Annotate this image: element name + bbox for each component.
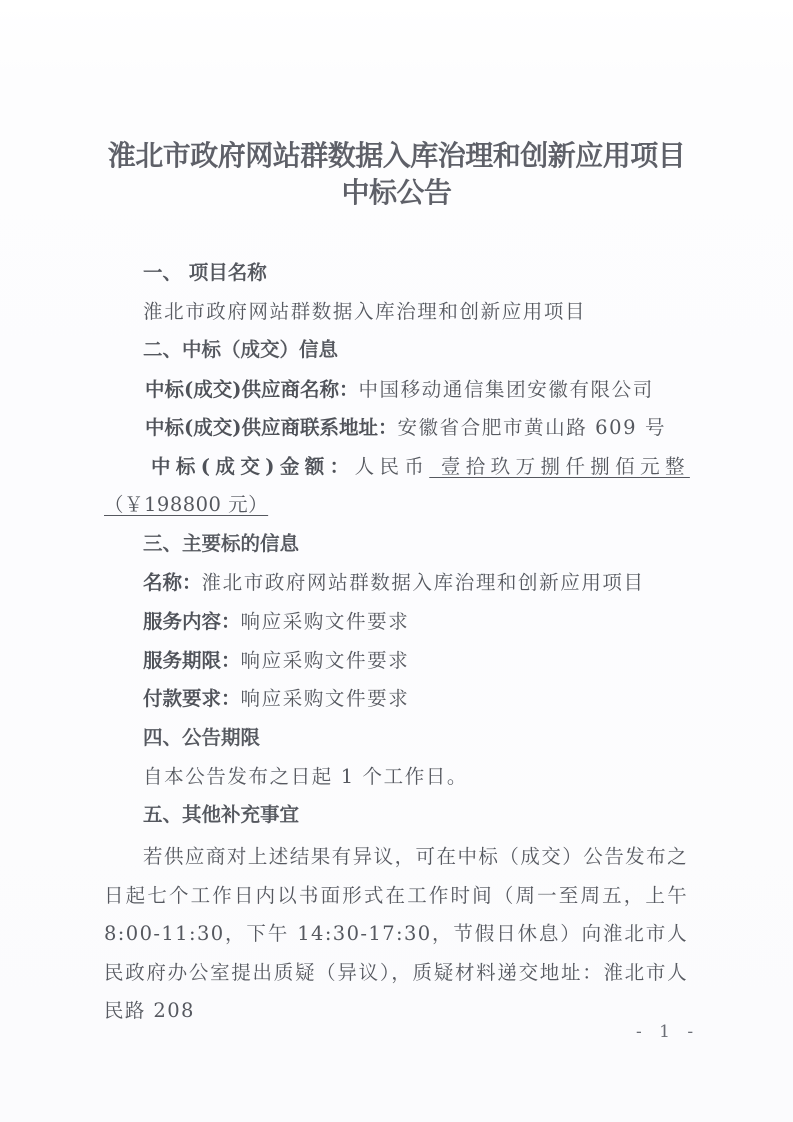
award-amount-figure: （￥198800 元） <box>104 491 268 519</box>
service-content-value: 响应采购文件要求 <box>241 610 410 633</box>
document-page: 淮北市政府网站群数据入库治理和创新应用项目 中标公告 一、 项目名称 淮北市政府… <box>0 0 793 1122</box>
page-number: - 1 - <box>636 1022 699 1042</box>
subject-name-row: 名称：淮北市政府网站群数据入库治理和创新应用项目 <box>143 569 645 597</box>
section-heading-notice-period: 四、公告期限 <box>143 724 260 752</box>
award-amount-row: 中标(成交)金额：人民币 壹拾玖万捌仟捌佰元整 <box>151 453 690 481</box>
document-title-line1: 淮北市政府网站群数据入库治理和创新应用项目 <box>0 136 793 176</box>
service-content-row: 服务内容：响应采购文件要求 <box>143 608 409 636</box>
service-period-value: 响应采购文件要求 <box>241 649 410 672</box>
notice-period-text: 自本公告发布之日起 1 个工作日。 <box>143 763 468 791</box>
section-heading-project-name: 一、 项目名称 <box>143 259 267 287</box>
section-heading-subject-info: 三、主要标的信息 <box>143 530 299 558</box>
supplier-address-label: 中标(成交)供应商联系地址： <box>145 416 397 439</box>
project-name-text: 淮北市政府网站群数据入库治理和创新应用项目 <box>143 298 586 326</box>
supplier-name-value: 中国移动通信集团安徽有限公司 <box>358 378 653 401</box>
payment-terms-label: 付款要求： <box>143 687 241 710</box>
payment-terms-value: 响应采购文件要求 <box>241 687 410 710</box>
document-title-line2: 中标公告 <box>0 173 793 213</box>
service-period-row: 服务期限：响应采购文件要求 <box>143 647 409 675</box>
supplier-name-label: 中标(成交)供应商名称： <box>145 378 358 401</box>
service-content-label: 服务内容： <box>143 610 241 633</box>
payment-terms-row: 付款要求：响应采购文件要求 <box>143 685 409 713</box>
subject-name-label: 名称： <box>143 571 202 594</box>
service-period-label: 服务期限： <box>143 649 241 672</box>
award-amount-label: 中标(成交)金额： <box>151 455 355 478</box>
supplier-address-value: 安徽省合肥市黄山路 609 号 <box>397 416 666 439</box>
award-amount-currency: 人民币 <box>355 455 430 478</box>
objection-paragraph: 若供应商对上述结果有异议，可在中标（成交）公告发布之日起七个工作日内以书面形式在… <box>104 838 688 1031</box>
section-heading-award-info: 二、中标（成交）信息 <box>143 336 338 364</box>
supplier-name-row: 中标(成交)供应商名称：中国移动通信集团安徽有限公司 <box>145 376 654 404</box>
subject-name-value: 淮北市政府网站群数据入库治理和创新应用项目 <box>202 571 645 594</box>
section-heading-other-matters: 五、其他补充事宜 <box>143 801 299 829</box>
supplier-address-row: 中标(成交)供应商联系地址：安徽省合肥市黄山路 609 号 <box>145 414 666 442</box>
award-amount-words: 壹拾玖万捌仟捌佰元整 <box>429 455 690 478</box>
